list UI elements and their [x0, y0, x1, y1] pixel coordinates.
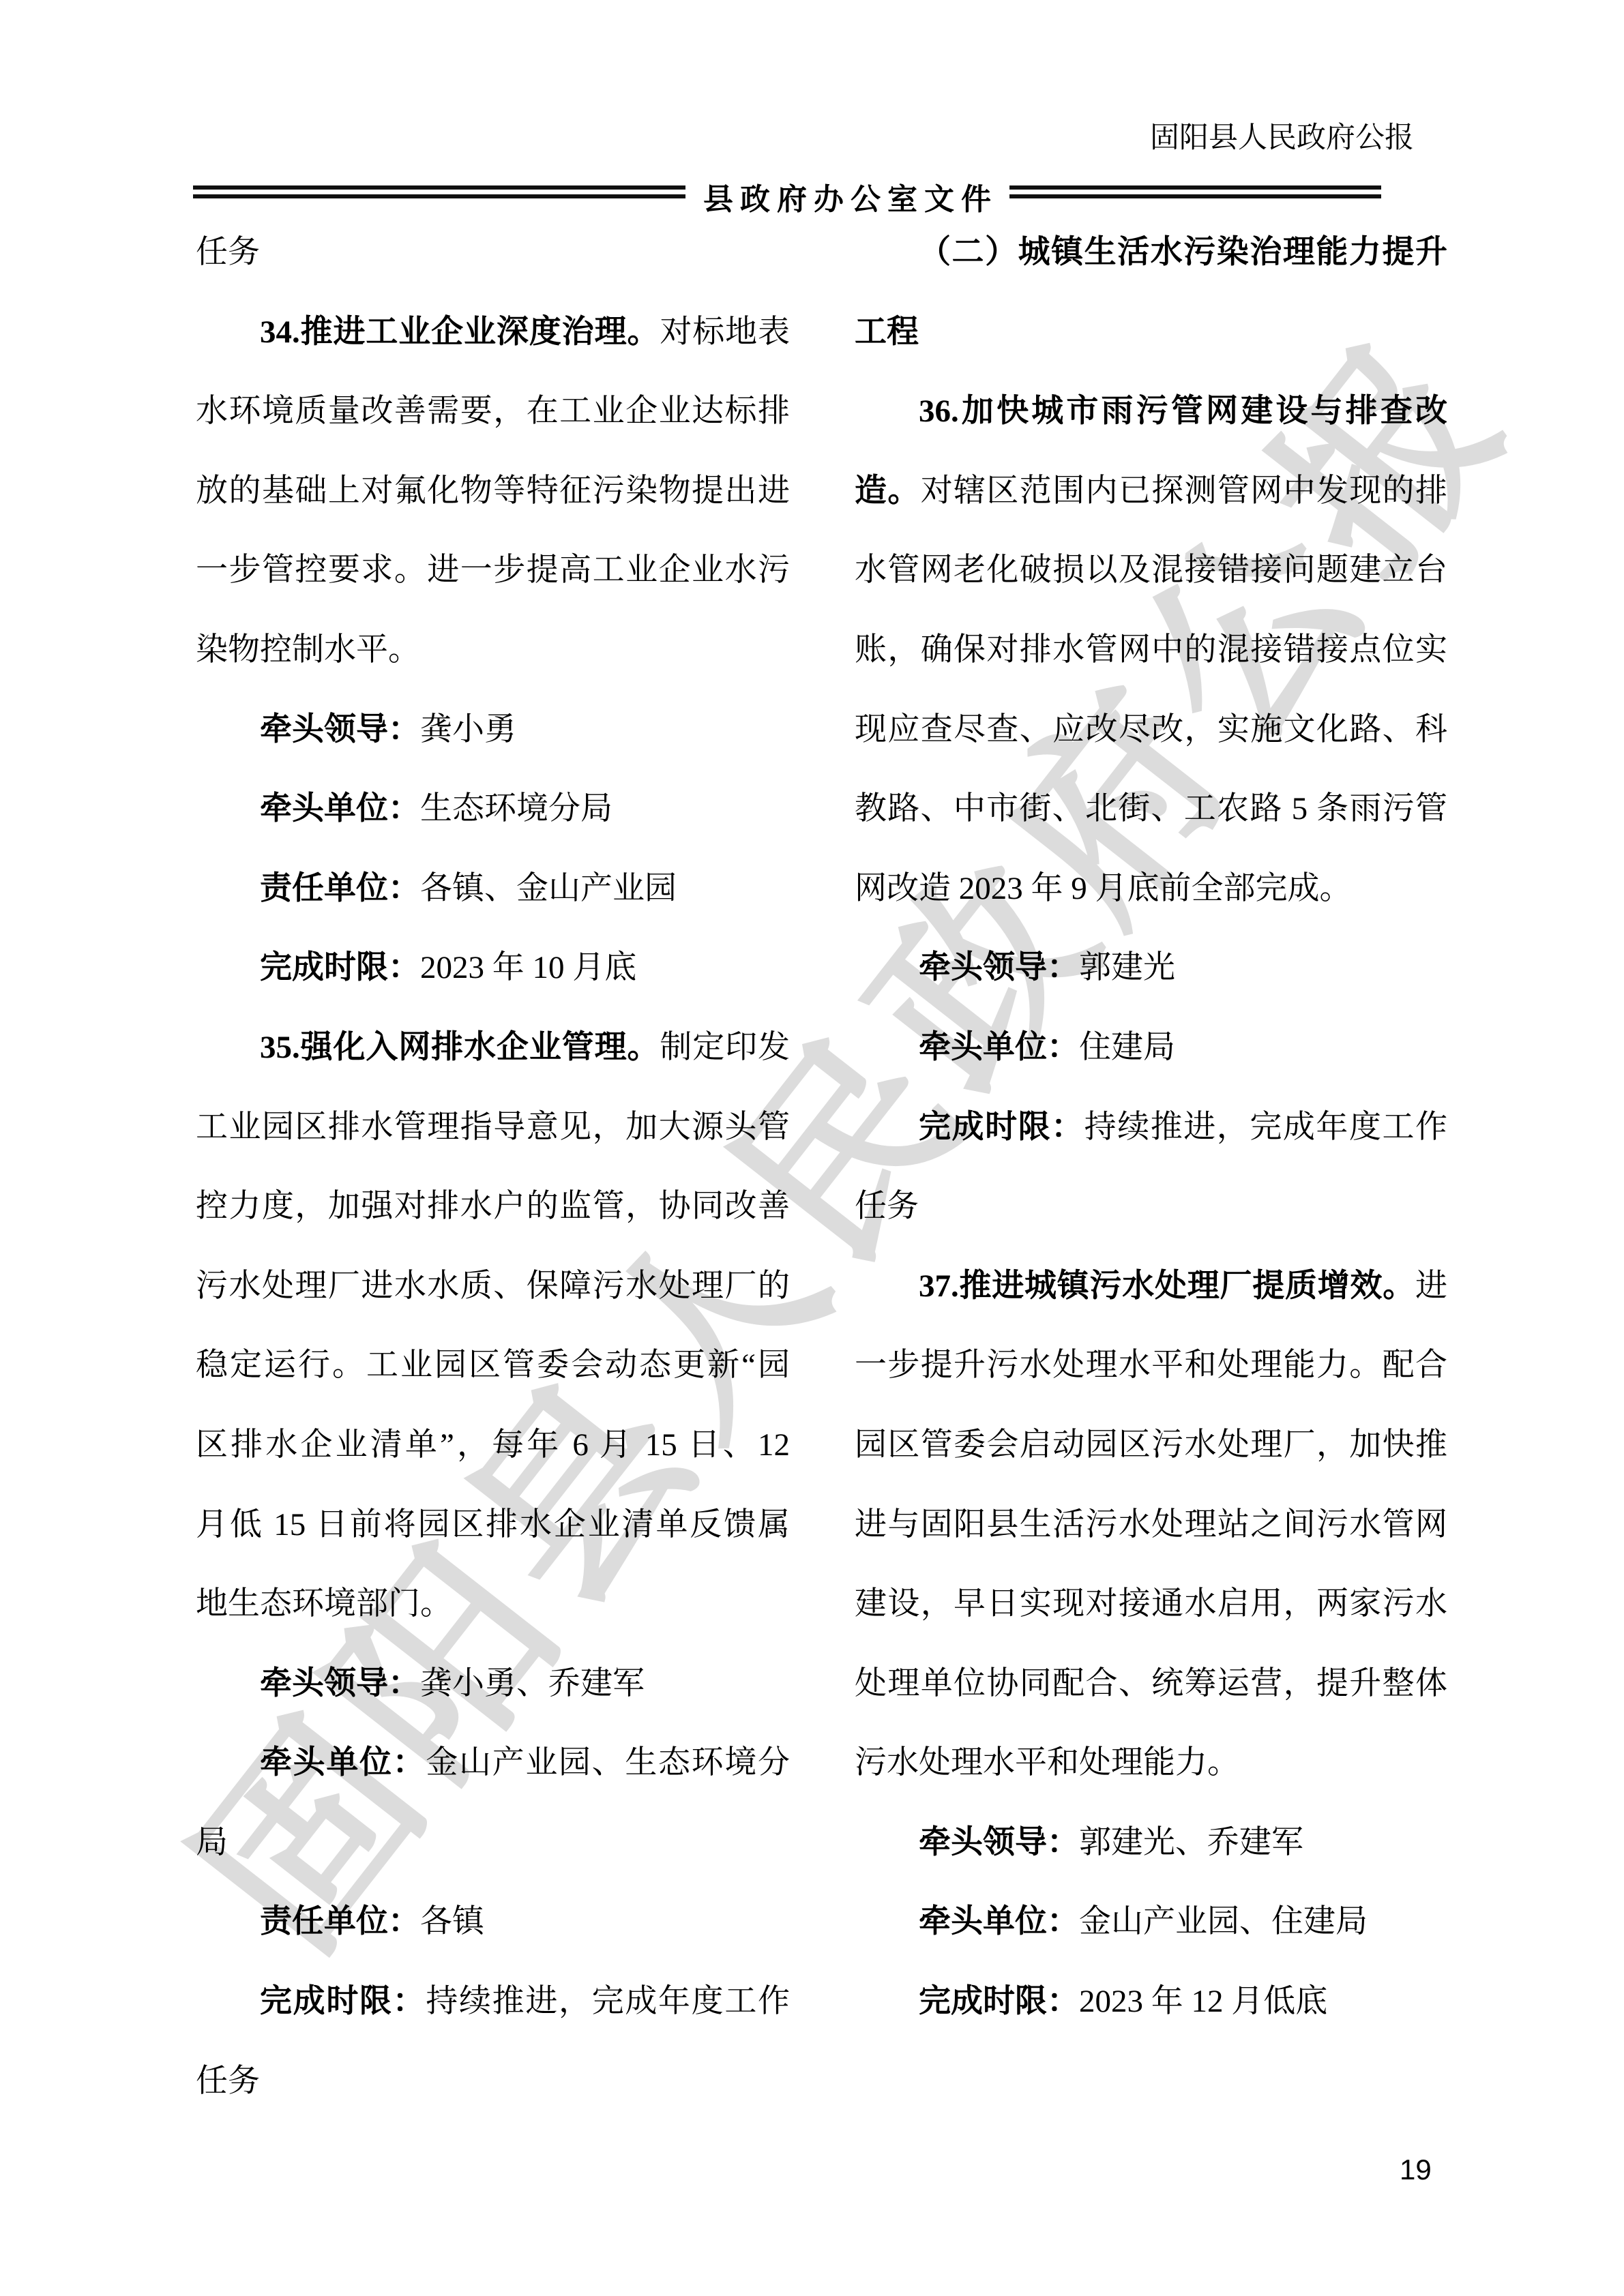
text-line: 建设，早日实现对接通水启用，两家污水 [855, 1564, 1447, 1644]
page-number: 19 [1400, 2153, 1432, 2186]
text-line: 工业园区排水管理指导意见，加大源头管 [196, 1088, 790, 1167]
text-segment-bold: 牵头领导： [260, 712, 420, 747]
text-line: 区排水企业清单”，每年 6 月 15 日、12 [196, 1405, 790, 1485]
text-line: 任务 [196, 213, 790, 293]
text-segment: 龚小勇、乔建军 [420, 1666, 645, 1701]
text-line: 账，确保对排水管网中的混接错接点位实 [855, 610, 1447, 690]
text-line: 污水处理厂进水水质、保障污水处理厂的 [196, 1247, 790, 1326]
text-line: 教路、中市街、北街、工农路 5 条雨污管 [855, 769, 1447, 849]
text-segment: 郭建光 [1079, 950, 1175, 985]
text-segment-bold: 牵头单位： [919, 1030, 1079, 1065]
text-segment: 龚小勇 [420, 712, 516, 747]
text-segment-bold: 牵头单位： [260, 791, 420, 826]
text-segment: 稳定运行。工业园区管委会动态更新“园 [196, 1347, 790, 1383]
text-segment: 控力度，加强对排水户的监管，协同改善 [196, 1189, 790, 1224]
text-segment: 对标地表 [660, 314, 790, 350]
text-segment-bold: 责任单位： [260, 871, 420, 906]
text-line: 水环境质量改善需要，在工业企业达标排 [196, 372, 790, 451]
text-segment-bold: 36.加快城市雨污管网建设与排查改 [919, 393, 1447, 429]
text-line: 35.强化入网排水企业管理。制定印发 [196, 1008, 790, 1088]
text-segment: 建设，早日实现对接通水启用，两家污水 [855, 1586, 1447, 1622]
text-column-left: 任务34.推进工业企业深度治理。对标地表水环境质量改善需要，在工业企业达标排放的… [196, 213, 790, 2121]
text-line: 牵头领导：龚小勇 [196, 690, 790, 770]
text-column-right: （二）城镇生活水污染治理能力提升工程36.加快城市雨污管网建设与排查改造。对辖区… [855, 213, 1447, 2042]
text-segment-bold: 完成时限： [260, 1984, 426, 2019]
text-line: 工程 [855, 293, 1447, 372]
text-line: 完成时限：2023 年 12 月低底 [855, 1962, 1447, 2042]
text-segment-bold: 牵头领导： [919, 1825, 1079, 1860]
text-segment-bold: 35.强化入网排水企业管理。 [260, 1030, 660, 1065]
text-line: 36.加快城市雨污管网建设与排查改 [855, 372, 1447, 451]
text-line: 牵头领导：郭建光 [855, 928, 1447, 1008]
text-line: 牵头领导：龚小勇、乔建军 [196, 1644, 790, 1724]
text-line: 进与固阳县生活污水处理站之间污水管网 [855, 1485, 1447, 1565]
text-segment: 各镇 [420, 1904, 484, 1939]
text-line: 水管网老化破损以及混接错接问题建立台 [855, 531, 1447, 610]
text-line: 地生态环境部门。 [196, 1564, 790, 1644]
text-segment: 污水处理水平和处理能力。 [855, 1745, 1239, 1780]
text-segment-bold: 牵头单位： [919, 1904, 1079, 1939]
text-segment-bold: 造。 [855, 473, 921, 509]
text-segment: 污水处理厂进水水质、保障污水处理厂的 [196, 1268, 790, 1304]
text-line: 稳定运行。工业园区管委会动态更新“园 [196, 1326, 790, 1405]
text-segment: 任务 [196, 235, 260, 270]
text-segment: 放的基础上对氟化物等特征污染物提出进 [196, 473, 790, 509]
text-line: 任务 [855, 1167, 1447, 1247]
text-line: 牵头领导：郭建光、乔建军 [855, 1803, 1447, 1883]
text-segment-bold: 牵头单位： [260, 1745, 426, 1780]
text-line: 一步提升污水处理水平和处理能力。配合 [855, 1326, 1447, 1405]
text-line: 完成时限：持续推进，完成年度工作 [196, 1962, 790, 2042]
text-line: 牵头单位：金山产业园、住建局 [855, 1882, 1447, 1962]
text-segment: 一步管控要求。进一步提高工业企业水污 [196, 552, 790, 588]
text-line: 牵头单位：金山产业园、生态环境分 [196, 1723, 790, 1803]
text-segment: 郭建光、乔建军 [1079, 1825, 1303, 1860]
text-line: 完成时限：2023 年 10 月底 [196, 928, 790, 1008]
header-doc-type-label: 县政府办公室文件 [703, 175, 998, 218]
text-line: 牵头单位：生态环境分局 [196, 769, 790, 849]
text-segment: 2023 年 12 月低底 [1079, 1984, 1327, 2019]
text-segment: 各镇、金山产业园 [420, 871, 677, 906]
text-segment: 持续推进，完成年度工作 [1084, 1109, 1447, 1145]
text-line: 染物控制水平。 [196, 610, 790, 690]
text-segment: 地生态环境部门。 [196, 1586, 452, 1622]
text-line: 责任单位：各镇、金山产业园 [196, 849, 790, 929]
gazette-title: 固阳县人民政府公报 [1150, 115, 1414, 156]
text-line: 责任单位：各镇 [196, 1882, 790, 1962]
text-line: 局 [196, 1803, 790, 1883]
text-segment: 现应查尽查、应改尽改，实施文化路、科 [855, 712, 1447, 747]
text-line: 造。对辖区范围内已探测管网中发现的排 [855, 451, 1447, 531]
text-segment: 教路、中市街、北街、工农路 5 条雨污管 [855, 791, 1447, 826]
text-segment-bold: 牵头领导： [919, 950, 1079, 985]
text-segment: 制定印发 [660, 1030, 790, 1065]
text-segment: 工业园区排水管理指导意见，加大源头管 [196, 1109, 790, 1145]
text-segment: 任务 [196, 2063, 260, 2099]
text-segment: 月低 15 日前将园区排水企业清单反馈属 [196, 1507, 790, 1542]
text-line: 牵头单位：住建局 [855, 1008, 1447, 1088]
text-line: 处理单位协同配合、统筹运营，提升整体 [855, 1644, 1447, 1724]
document-page: 固阳县人民政府公报 固阳县人民政府公报 县政府办公室文件 任务34.推进工业企业… [0, 0, 1624, 2296]
text-line: 网改造 2023 年 9 月底前全部完成。 [855, 849, 1447, 929]
text-segment: 2023 年 10 月底 [420, 950, 636, 985]
text-segment: 生态环境分局 [420, 791, 612, 826]
text-segment: 进 [1415, 1268, 1447, 1304]
text-line: 37.推进城镇污水处理厂提质增效。进 [855, 1247, 1447, 1326]
text-line: 34.推进工业企业深度治理。对标地表 [196, 293, 790, 372]
text-line: 放的基础上对氟化物等特征污染物提出进 [196, 451, 790, 531]
text-segment: 金山产业园、住建局 [1079, 1904, 1368, 1939]
text-segment-bold: （二）城镇生活水污染治理能力提升 [919, 235, 1447, 270]
text-segment: 持续推进，完成年度工作 [426, 1984, 790, 2019]
text-line: 园区管委会启动园区污水处理厂，加快推 [855, 1405, 1447, 1485]
text-line: 控力度，加强对排水户的监管，协同改善 [196, 1167, 790, 1247]
text-segment: 网改造 2023 年 9 月底前全部完成。 [855, 871, 1352, 906]
text-line: 污水处理水平和处理能力。 [855, 1723, 1447, 1803]
text-segment: 园区管委会启动园区污水处理厂，加快推 [855, 1427, 1447, 1463]
text-segment-bold: 完成时限： [919, 1109, 1084, 1145]
text-line: 月低 15 日前将园区排水企业清单反馈属 [196, 1485, 790, 1565]
text-line: 任务 [196, 2042, 790, 2121]
text-line: 完成时限：持续推进，完成年度工作 [855, 1088, 1447, 1167]
text-segment-bold: 完成时限： [260, 950, 420, 985]
text-segment: 处理单位协同配合、统筹运营，提升整体 [855, 1666, 1447, 1701]
text-segment: 区排水企业清单”，每年 6 月 15 日、12 [196, 1427, 790, 1463]
header-double-rule-left [193, 185, 685, 198]
text-segment: 金山产业园、生态环境分 [426, 1745, 790, 1780]
text-segment-bold: 责任单位： [260, 1904, 420, 1939]
text-segment: 对辖区范围内已探测管网中发现的排 [921, 473, 1447, 509]
text-segment: 染物控制水平。 [196, 632, 420, 668]
text-segment-bold: 牵头领导： [260, 1666, 420, 1701]
text-line: （二）城镇生活水污染治理能力提升 [855, 213, 1447, 293]
header-double-rule-right [1009, 185, 1381, 198]
text-segment: 进与固阳县生活污水处理站之间污水管网 [855, 1507, 1447, 1542]
text-segment: 水环境质量改善需要，在工业企业达标排 [196, 393, 790, 429]
text-line: 一步管控要求。进一步提高工业企业水污 [196, 531, 790, 610]
text-segment: 账，确保对排水管网中的混接错接点位实 [855, 632, 1447, 668]
text-segment: 水管网老化破损以及混接错接问题建立台 [855, 552, 1447, 588]
text-segment-bold: 完成时限： [919, 1984, 1079, 2019]
text-segment-bold: 工程 [855, 314, 919, 350]
text-segment-bold: 34.推进工业企业深度治理。 [260, 314, 660, 350]
text-segment: 局 [196, 1825, 228, 1860]
text-segment-bold: 37.推进城镇污水处理厂提质增效。 [919, 1268, 1415, 1304]
text-segment: 住建局 [1079, 1030, 1175, 1065]
text-segment: 任务 [855, 1189, 919, 1224]
text-line: 现应查尽查、应改尽改，实施文化路、科 [855, 690, 1447, 770]
text-segment: 一步提升污水处理水平和处理能力。配合 [855, 1347, 1447, 1383]
